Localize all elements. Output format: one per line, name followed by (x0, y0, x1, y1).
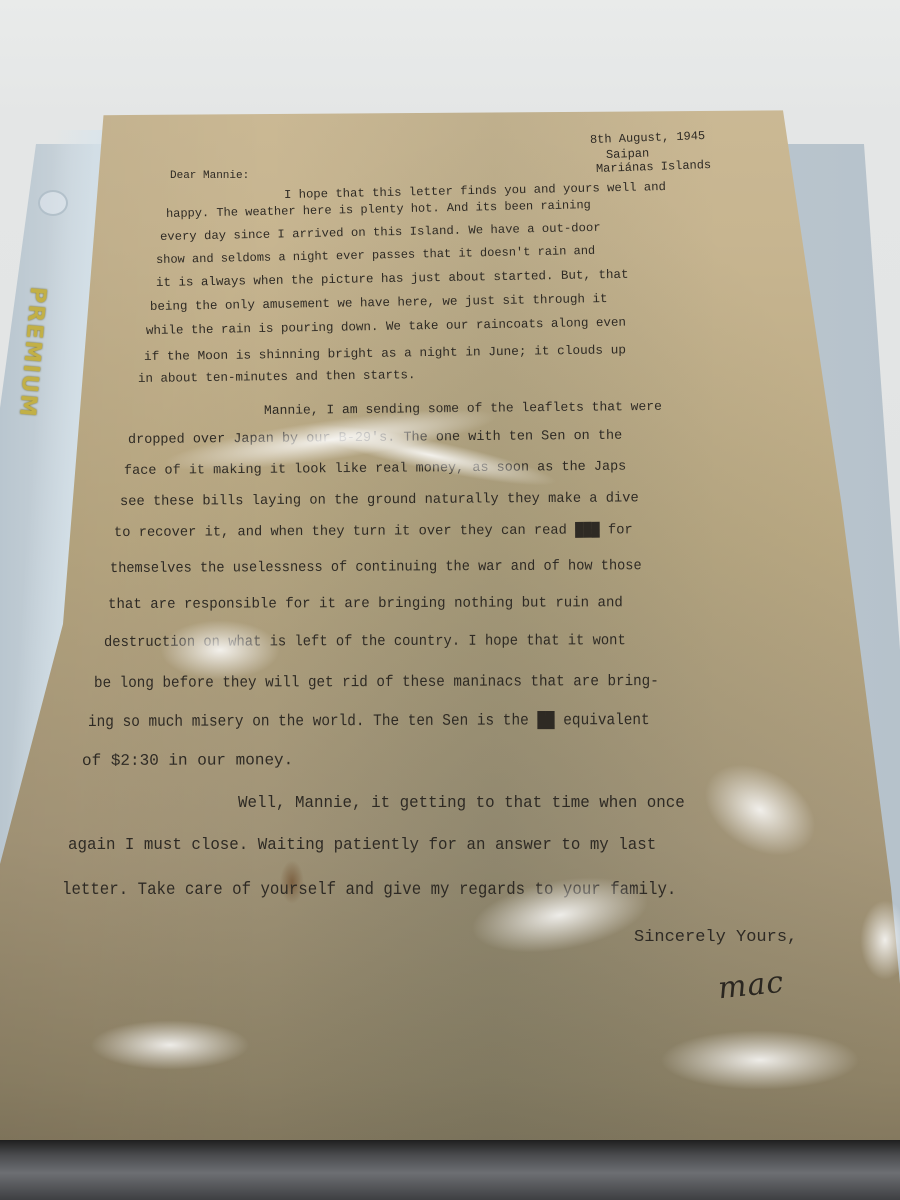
closing: Sincerely Yours, (634, 928, 797, 947)
body-line: destruction on what is left of the count… (104, 632, 626, 651)
body-line: letter. Take care of yourself and give m… (62, 880, 676, 900)
body-line: ing so much misery on the world. The ten… (88, 711, 650, 731)
sleeve-bottom-edge (0, 1140, 900, 1200)
signature: mac (716, 965, 785, 1007)
body-line: that are responsible for it are bringing… (108, 595, 623, 613)
body-line: of $2:30 in our money. (82, 751, 293, 770)
body-line: be long before they will get rid of thes… (94, 672, 659, 692)
body-line: again I must close. Waiting patiently fo… (68, 836, 656, 855)
sleeve-punch-hole (38, 190, 68, 216)
body-line: Well, Mannie, it getting to that time wh… (238, 793, 685, 812)
body-line: to recover it, and when they turn it ove… (114, 522, 633, 541)
salutation: Dear Mannie: (170, 170, 249, 182)
body-line: themselves the uselessness of continuing… (110, 558, 642, 577)
